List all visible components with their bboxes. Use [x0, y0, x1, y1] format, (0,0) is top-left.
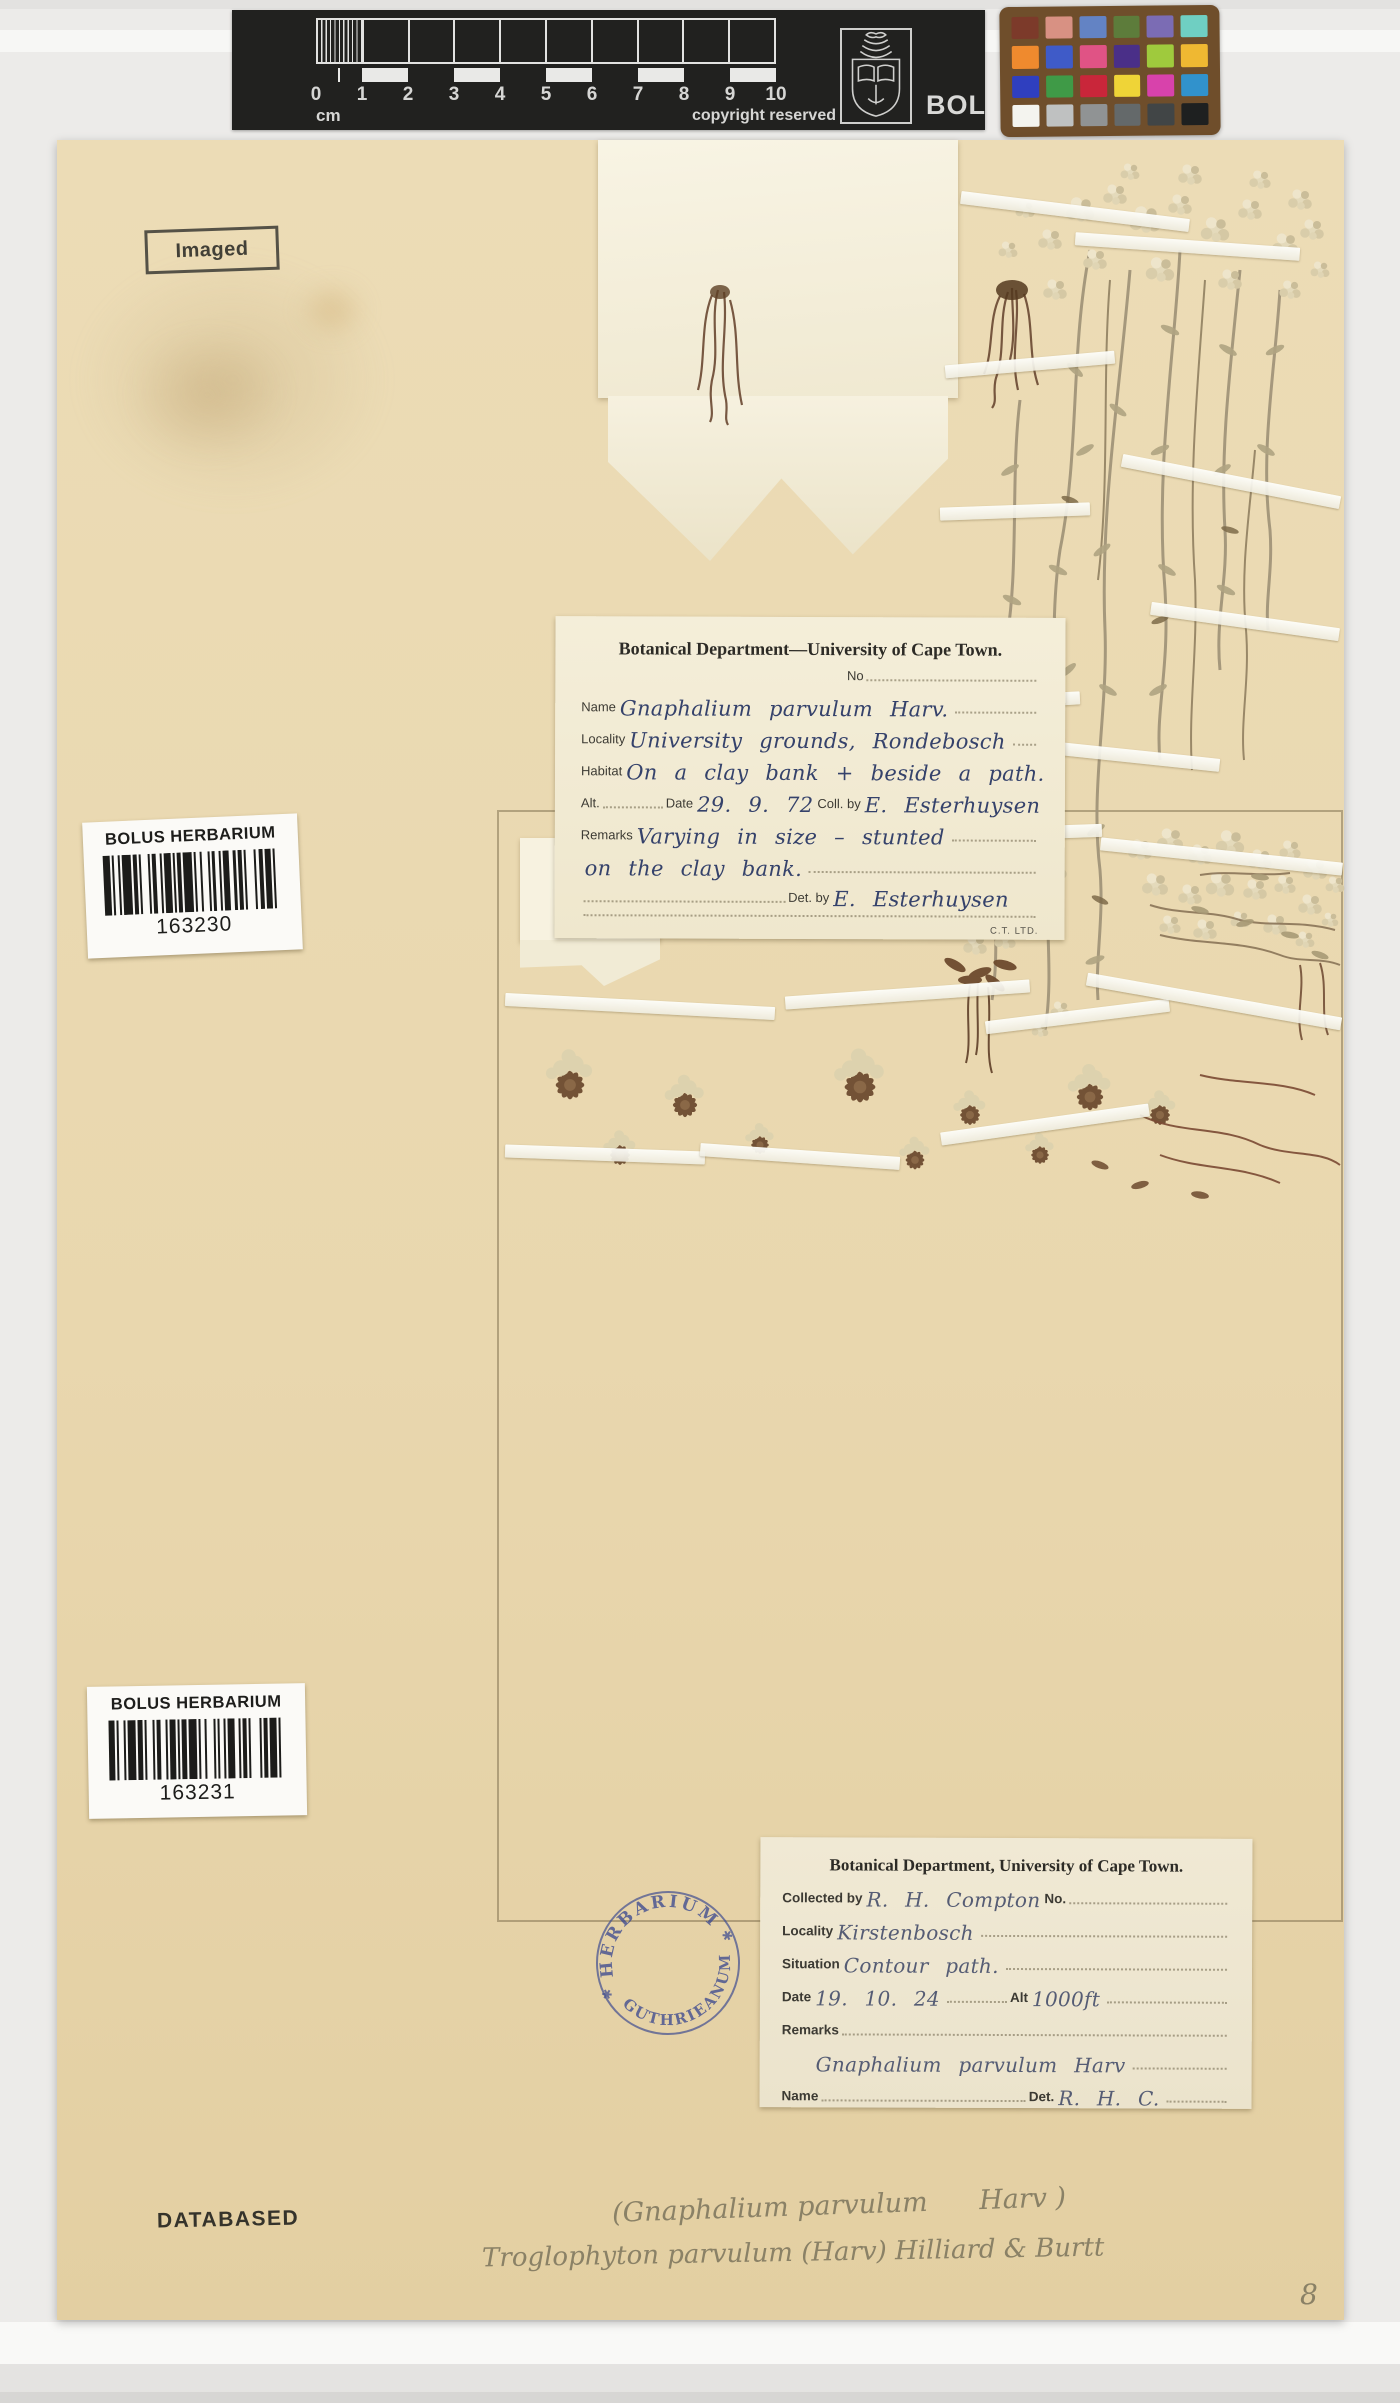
color-patch: [1012, 104, 1039, 127]
stamp-star-right: ✱: [719, 1926, 735, 1944]
plant-roots: [698, 288, 1038, 425]
university-crest-icon: [840, 28, 912, 124]
annotation-current-name: Troglophyton parvulum (Harv) Hilliard & …: [482, 2233, 1105, 2274]
ruler-number: 7: [633, 84, 644, 106]
name-label: Name: [782, 2088, 819, 2106]
locality-handwritten: Kirstenbosch: [837, 1920, 974, 1944]
no-label: No.: [1044, 1891, 1066, 1909]
accession-number: 163231: [99, 1779, 297, 1806]
determiner-handwritten: R. H. C.: [1058, 2086, 1159, 2110]
species-name-handwritten: Gnaphalium parvulum Harv: [816, 2052, 1126, 2077]
stamp-star-left: ✱: [599, 1985, 615, 2003]
det-by-label: Det. by: [788, 890, 829, 908]
collected-by-label: Collected by: [782, 1890, 862, 1908]
backdrop-band-bottom-edge: [0, 2392, 1400, 2403]
collector-handwritten: E. Esterhuysen: [865, 793, 1041, 818]
color-patch: [1045, 16, 1072, 39]
specimen-stain: [297, 280, 367, 340]
color-patch: [1011, 17, 1038, 40]
color-patch: [1148, 103, 1175, 126]
color-patch: [1181, 103, 1208, 126]
ruler-number: 9: [725, 84, 736, 106]
collector-handwritten: R. H. Compton: [866, 1888, 1040, 1913]
date-label: Date: [666, 795, 694, 813]
ruler-number: 5: [541, 84, 552, 106]
label-header: Botanical Department—University of Cape …: [581, 638, 1039, 661]
svg-text:GUTHRIEANUM: GUTHRIEANUM: [616, 1946, 754, 2051]
color-patch: [1012, 46, 1039, 69]
ruler-number: 3: [449, 84, 460, 106]
date-handwritten: 19. 10. 24: [815, 1986, 940, 2010]
barcode-icon: [99, 1717, 294, 1780]
ruler-number: 1: [357, 84, 368, 106]
color-calibration-chart: [999, 5, 1220, 137]
annotation-synonym: (Gnaphalium parvulum Harv ): [612, 2182, 1067, 2229]
remarks-label: Remarks: [782, 2022, 839, 2040]
determiner-handwritten: E. Esterhuysen: [833, 887, 1009, 912]
habitat-label: Habitat: [581, 763, 622, 781]
name-label: Name: [581, 699, 616, 717]
ruler-number: 4: [495, 84, 506, 106]
color-patch: [1080, 75, 1107, 98]
ruler-icon: [316, 18, 776, 64]
remarks-handwritten-2: on the clay bank.: [585, 856, 803, 881]
color-patch: [1147, 15, 1174, 38]
color-patch: [1147, 74, 1174, 97]
color-patch: [1114, 103, 1141, 126]
date-handwritten: 29. 9. 72: [697, 793, 813, 817]
color-patch: [1114, 74, 1141, 97]
barcode-icon: [96, 848, 289, 916]
herbarium-code: BOL: [926, 90, 986, 121]
stamp-bottom-text: GUTHRIEANUM: [616, 1946, 754, 2051]
scale-bar: 012345678910 cm copyright reserved BOL: [232, 10, 985, 130]
species-name-handwritten: Gnaphalium parvulum Harv.: [620, 696, 949, 721]
herbarium-sheet: Botanical Department—University of Cape …: [57, 140, 1344, 2320]
databased-stamp: DATABASED: [157, 2207, 300, 2234]
habitat-handwritten: On a clay bank + beside a path.: [626, 760, 1044, 785]
ruler-number: 10: [765, 84, 786, 106]
imaged-stamp: Imaged: [144, 226, 279, 275]
specimen-label-1972: Botanical Department—University of Cape …: [554, 616, 1065, 940]
color-patch: [1113, 45, 1140, 68]
alt-label: Alt: [1010, 1990, 1028, 2008]
ruler-number: 0: [311, 84, 322, 106]
copyright-text: copyright reserved: [316, 107, 836, 125]
ruler-mm-cell: [318, 20, 364, 62]
color-patch: [1147, 45, 1174, 68]
backdrop-band-bottom-white: [0, 2322, 1400, 2364]
institution-name: BOLUS HERBARIUM: [93, 823, 289, 850]
specimen-stain: [127, 330, 287, 460]
coll-by-label: Coll. by: [817, 796, 860, 814]
label-header: Botanical Department, University of Cape…: [782, 1855, 1230, 1877]
locality-handwritten: University grounds, Rondebosch: [629, 728, 1006, 753]
barcode-label-163230: BOLUS HERBARIUM 163230: [82, 813, 303, 958]
color-patch: [1079, 16, 1106, 39]
ruler-number: 8: [679, 84, 690, 106]
color-patch: [1046, 75, 1073, 98]
det-label: Det.: [1029, 2089, 1055, 2107]
no-label: No: [847, 668, 864, 686]
color-patch: [1079, 45, 1106, 68]
color-patch: [1181, 15, 1208, 38]
ruler-number: 2: [403, 84, 414, 106]
specimen-label-1924: Botanical Department, University of Cape…: [760, 1837, 1253, 2109]
situation-handwritten: Contour path.: [844, 1953, 999, 1978]
ruler-number: 6: [587, 84, 598, 106]
color-chart-grid: [1011, 15, 1208, 127]
locality-label: Locality: [581, 731, 625, 749]
color-patch: [1046, 46, 1073, 69]
remarks-handwritten: Varying in size – stunted: [637, 824, 945, 849]
color-patch: [1181, 73, 1208, 96]
remarks-label: Remarks: [581, 827, 633, 845]
altitude-handwritten: 1000ft: [1032, 1987, 1100, 2011]
color-patch: [1012, 75, 1039, 98]
ruler-half-blocks: [316, 68, 776, 82]
date-label: Date: [782, 1989, 811, 2007]
barcode-label-163231: BOLUS HERBARIUM 163231: [87, 1683, 307, 1819]
color-patch: [1181, 44, 1208, 67]
herbarium-scan: { "scale_bar": { "ticks": ["0","1","2","…: [0, 0, 1400, 2403]
color-patch: [1080, 104, 1107, 127]
color-patch: [1113, 16, 1140, 39]
alt-label: Alt.: [581, 795, 600, 813]
color-patch: [1046, 104, 1073, 127]
institution-name: BOLUS HERBARIUM: [97, 1692, 295, 1714]
sheet-number: 8: [1300, 2278, 1318, 2311]
situation-label: Situation: [782, 1956, 840, 1974]
locality-label: Locality: [782, 1923, 833, 1941]
printer-mark: C.T. LTD.: [580, 924, 1038, 937]
